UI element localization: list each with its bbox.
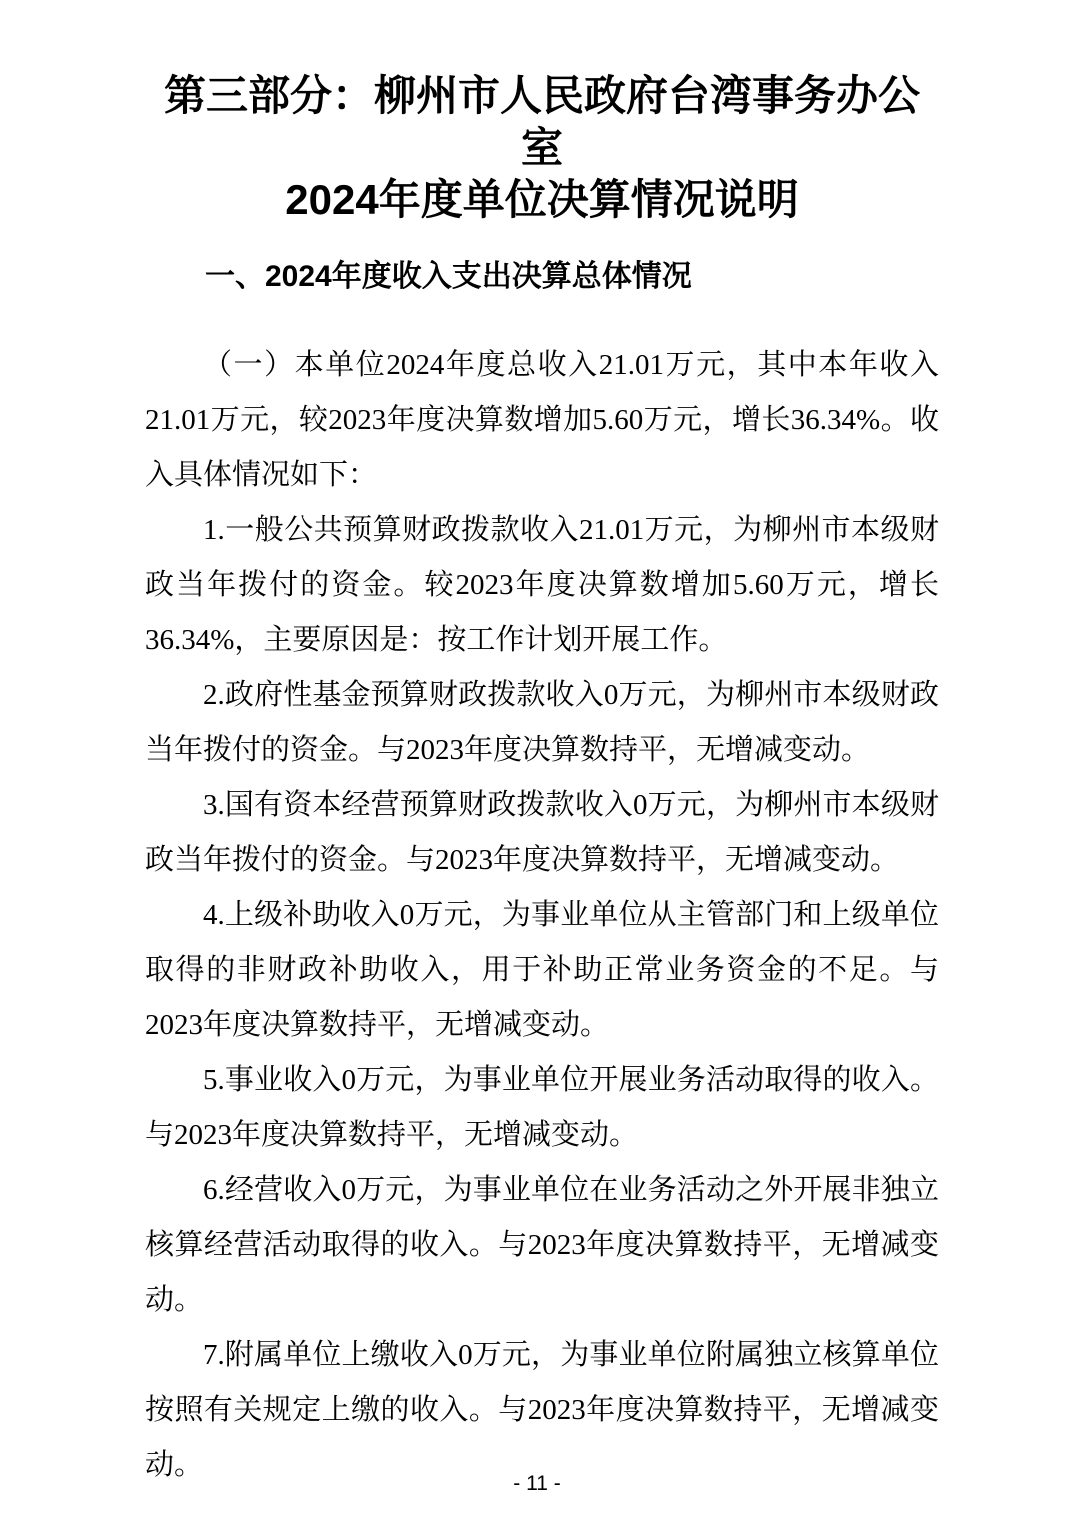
page-content: 第三部分：柳州市人民政府台湾事务办公室 2024年度单位决算情况说明 一、202… [145, 0, 939, 1493]
paragraph-item-1: 1.一般公共预算财政拨款收入21.01万元，为柳州市本级财政当年拨付的资金。较2… [145, 503, 939, 668]
paragraph-item-2: 2.政府性基金预算财政拨款收入0万元，为柳州市本级财政当年拨付的资金。与2023… [145, 668, 939, 778]
page-number: - 11 - [0, 1472, 1074, 1496]
section-heading: 一、2024年度收入支出决算总体情况 [145, 258, 939, 296]
paragraph-item-5: 5.事业收入0万元，为事业单位开展业务活动取得的收入。与2023年度决算数持平，… [145, 1053, 939, 1163]
paragraph-item-4: 4.上级补助收入0万元，为事业单位从主管部门和上级单位取得的非财政补助收入，用于… [145, 888, 939, 1053]
body-text: （一）本单位2024年度总收入21.01万元，其中本年收入21.01万元，较20… [145, 338, 939, 1493]
paragraph-item-6: 6.经营收入0万元，为事业单位在业务活动之外开展非独立核算经营活动取得的收入。与… [145, 1163, 939, 1328]
paragraph-overview: （一）本单位2024年度总收入21.01万元，其中本年收入21.01万元，较20… [145, 338, 939, 503]
paragraph-item-3: 3.国有资本经营预算财政拨款收入0万元，为柳州市本级财政当年拨付的资金。与202… [145, 778, 939, 888]
document-page: 第三部分：柳州市人民政府台湾事务办公室 2024年度单位决算情况说明 一、202… [0, 0, 1074, 1520]
document-title: 第三部分：柳州市人民政府台湾事务办公室 2024年度单位决算情况说明 [145, 70, 939, 226]
document-title-line-2: 2024年度单位决算情况说明 [145, 174, 939, 226]
paragraph-item-7: 7.附属单位上缴收入0万元，为事业单位附属独立核算单位按照有关规定上缴的收入。与… [145, 1328, 939, 1493]
document-title-line-1: 第三部分：柳州市人民政府台湾事务办公室 [145, 70, 939, 174]
